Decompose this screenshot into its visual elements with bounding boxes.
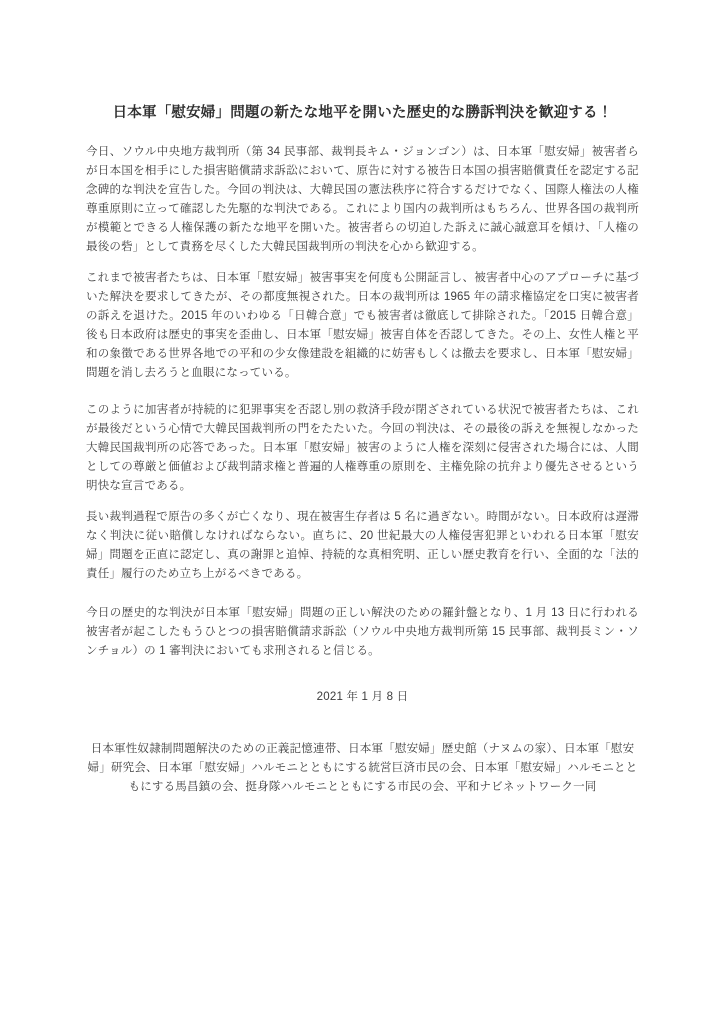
paragraph-1: 今日、ソウル中央地方裁判所（第 34 民事部、裁判長キム・ジョンゴン）は、日本軍… bbox=[86, 143, 639, 257]
document-date: 2021 年 1 月 8 日 bbox=[86, 688, 639, 707]
document-page: 日本軍「慰安婦」問題の新たな地平を開いた歴史的な勝訴判決を歓迎する！ 今日、ソウ… bbox=[0, 0, 724, 1024]
paragraph-3: このように加害者が持続的に犯罪事実を否認し別の救済手段が閉ざされている状況で被害… bbox=[86, 401, 639, 496]
paragraph-5: 今日の歴史的な判決が日本軍「慰安婦」問題の正しい解決のための羅針盤となり、1 月… bbox=[86, 604, 639, 661]
paragraph-2: これまで被害者たちは、日本軍「慰安婦」被害事実を何度も公開証言し、被害者中心のア… bbox=[86, 269, 639, 383]
signatories-list: 日本軍性奴隷制問題解決のための正義記憶連帯、日本軍「慰安婦」歴史館（ナヌムの家）… bbox=[86, 740, 639, 797]
paragraph-4: 長い裁判過程で原告の多くが亡くなり、現在被害生存者は 5 名に過ぎない。時間がな… bbox=[86, 508, 639, 584]
document-title: 日本軍「慰安婦」問題の新たな地平を開いた歴史的な勝訴判決を歓迎する！ bbox=[86, 104, 639, 122]
